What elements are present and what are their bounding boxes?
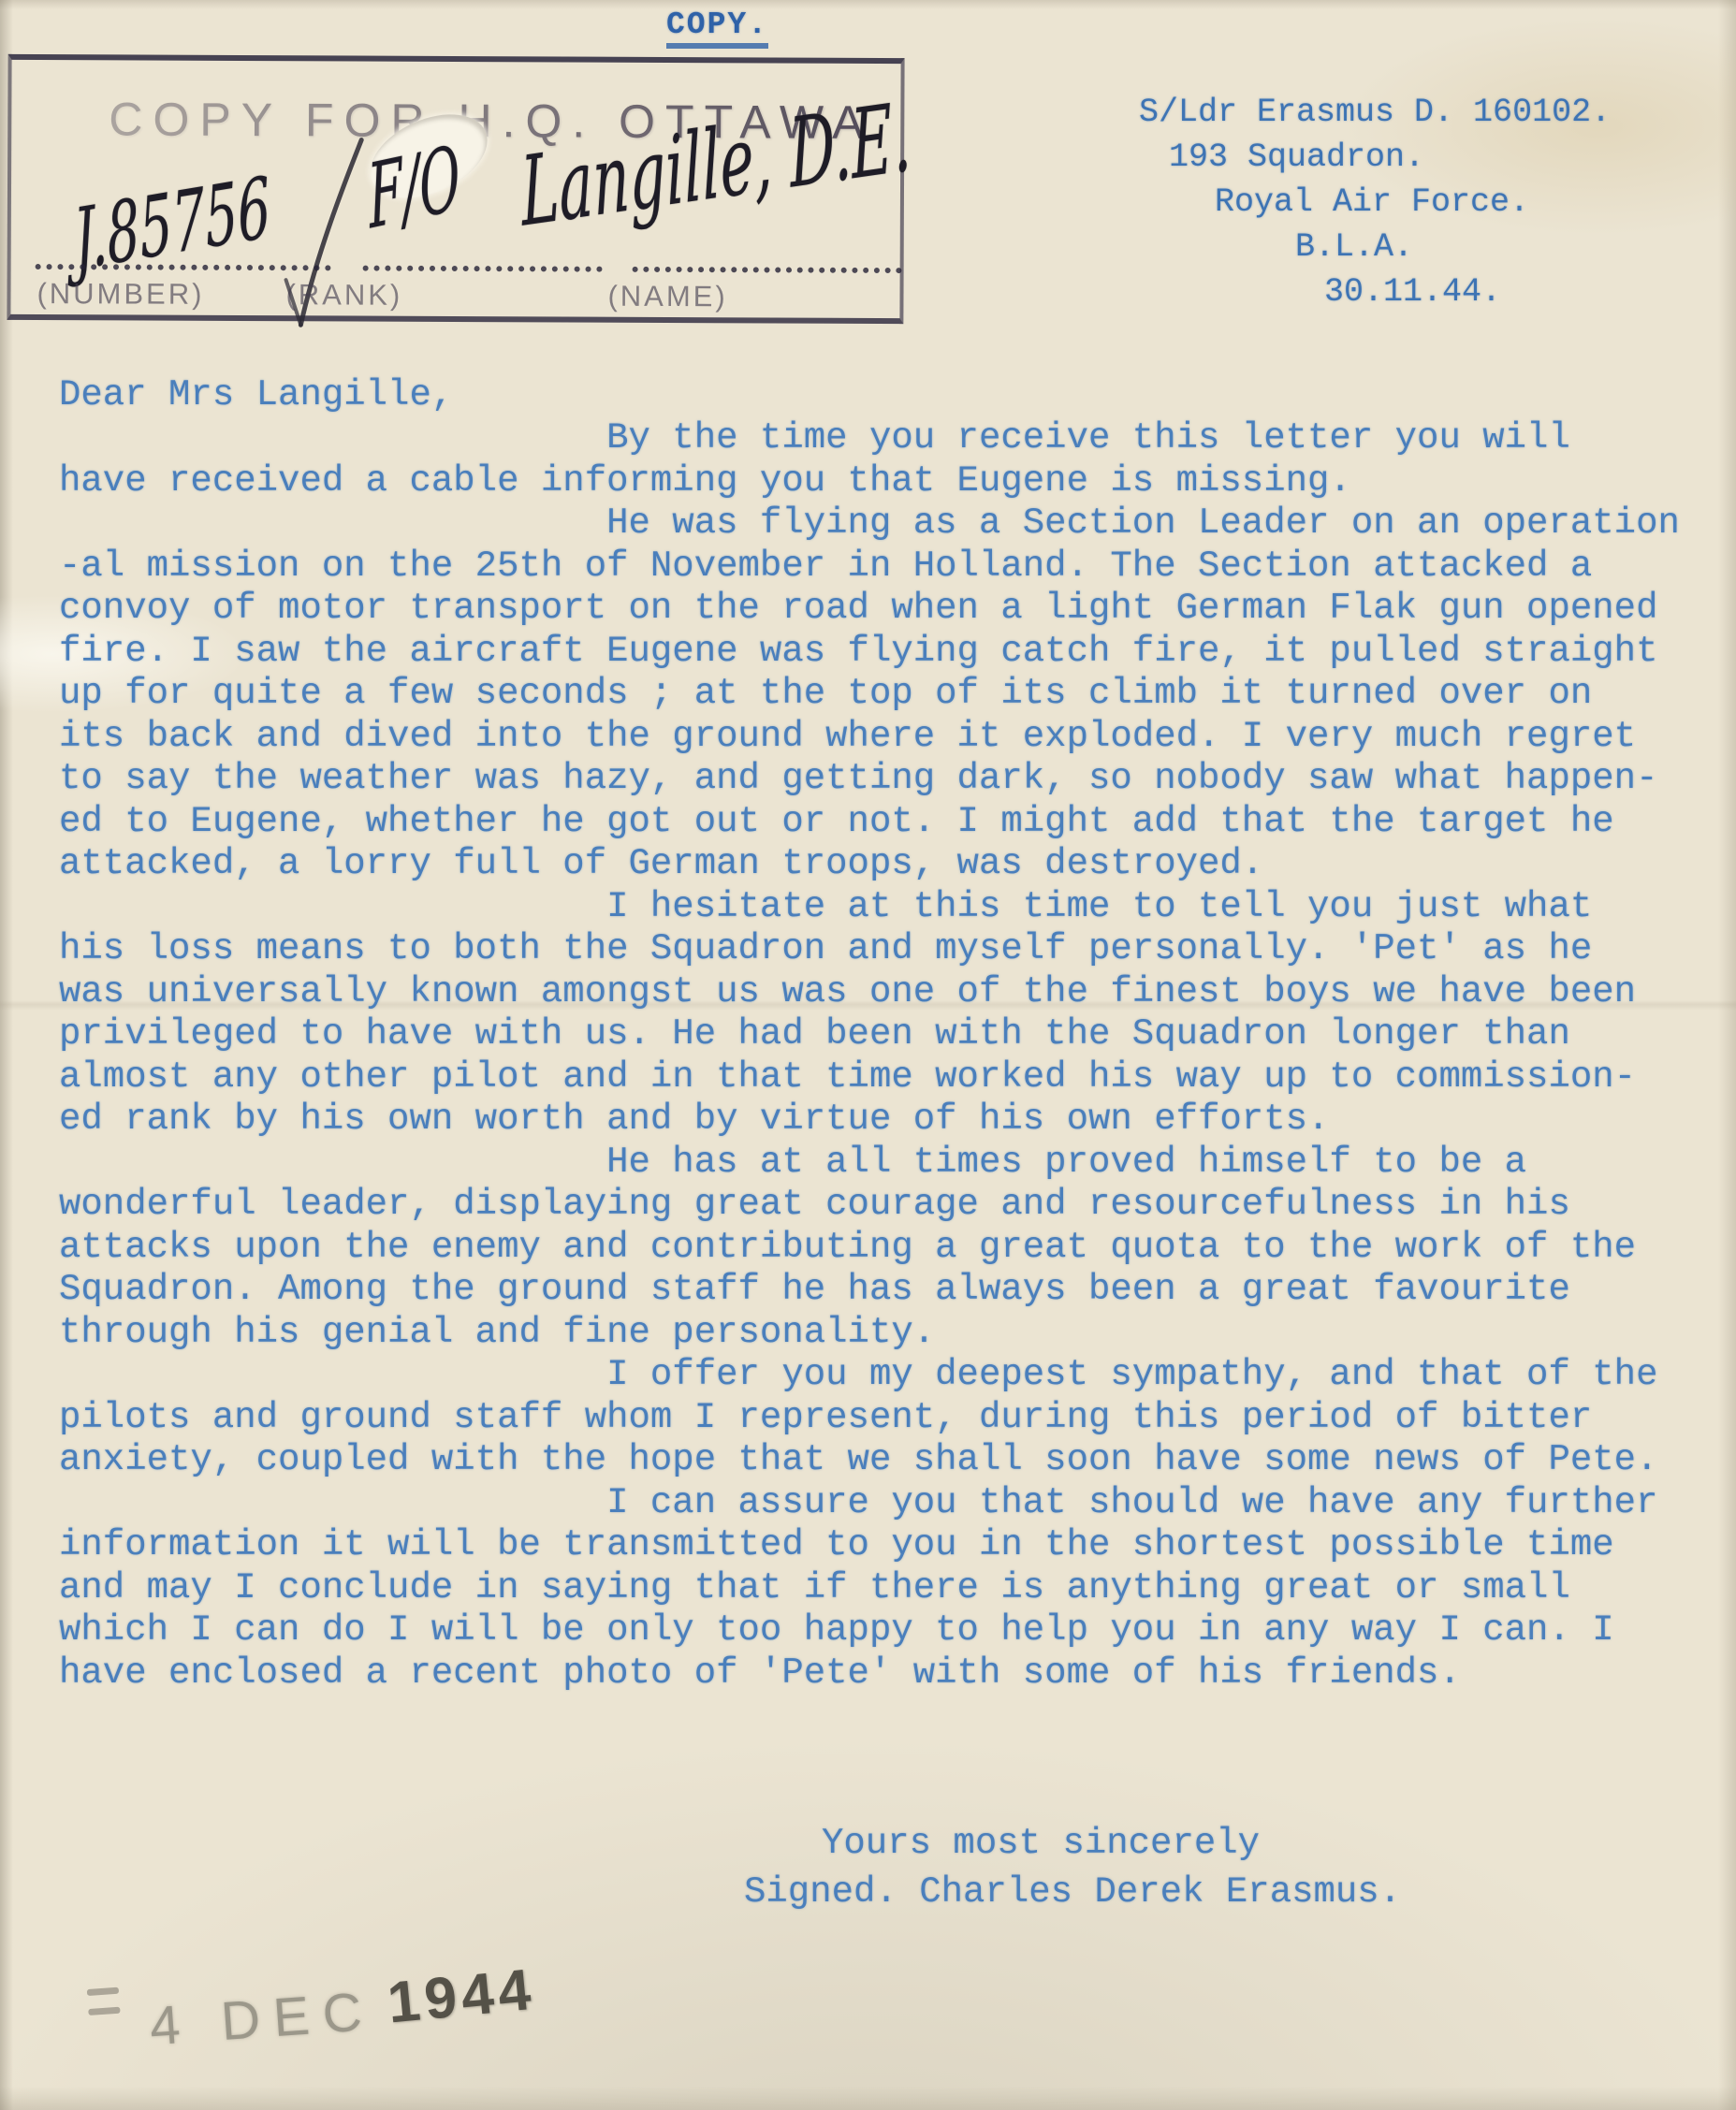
hq-ottawa-stamp-box: COPY FOR H.Q. OTTAWA J.85756 F/O Langill… — [7, 54, 904, 324]
copy-header: COPY. — [666, 7, 768, 49]
letter-page: COPY. COPY FOR H.Q. OTTAWA J.85756 F/O L… — [0, 0, 1736, 2110]
label-name: (NAME) — [607, 280, 727, 314]
salutation: Dear Mrs Langille, — [59, 374, 453, 415]
dotted-line-name — [633, 267, 902, 273]
sender-line: Royal Air Force. — [1215, 180, 1611, 225]
sender-line: S/Ldr Erasmus D. 160102. — [1139, 90, 1611, 135]
signature-line: Signed. Charles Derek Erasmus. — [744, 1871, 1401, 1913]
sender-address-block: S/Ldr Erasmus D. 160102. 193 Squadron. R… — [1139, 90, 1611, 314]
sender-line: 193 Squadron. — [1169, 135, 1611, 180]
received-stamp-year: 1944 — [385, 1957, 538, 2037]
label-rank: (RANK) — [285, 278, 402, 313]
received-stamp-date: 4 DEC — [148, 1981, 377, 2058]
stamp-dash-marks — [86, 1974, 122, 2029]
received-date-stamp: 4 DEC 1944 — [86, 1945, 538, 2063]
sender-line: B.L.A. — [1295, 225, 1611, 269]
label-number: (NUMBER) — [36, 277, 204, 312]
handwritten-rank: F/O — [365, 128, 463, 251]
letter-body: By the time you receive this letter you … — [59, 417, 1680, 1695]
dotted-line-rank — [363, 266, 603, 272]
closing-line: Yours most sincerely — [822, 1823, 1260, 1864]
sender-line: 30.11.44. — [1324, 269, 1611, 314]
